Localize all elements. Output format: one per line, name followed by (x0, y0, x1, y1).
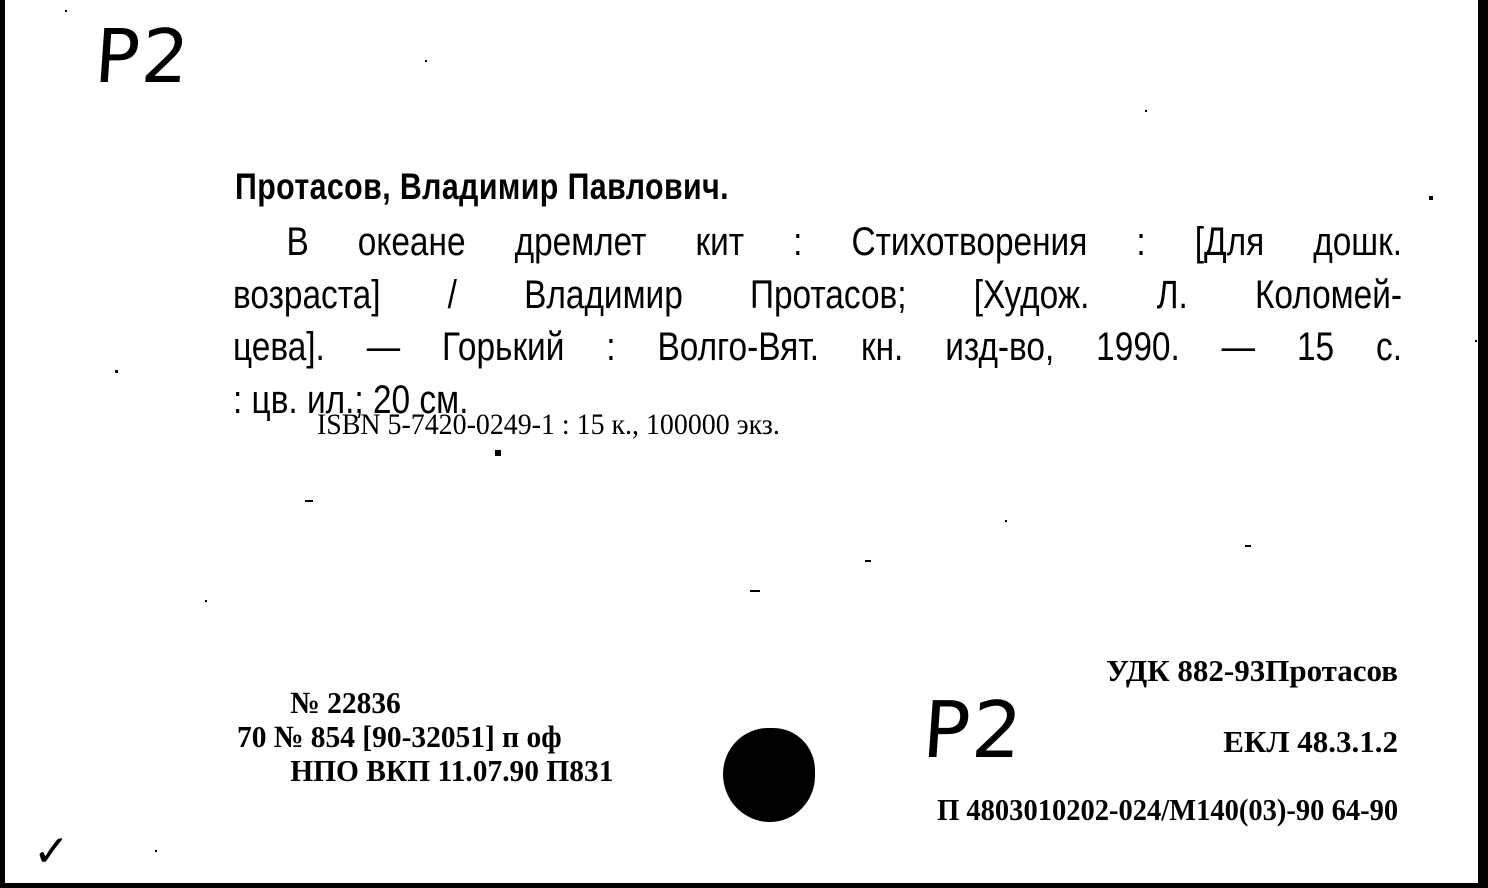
catalog-code: П 4803010202-024/М140(03)-90 64-90 (937, 792, 1398, 828)
checkmark-icon: ✓ (33, 826, 70, 877)
author-heading: Протасов, Владимир Павлович. (235, 166, 729, 208)
scan-speck (155, 850, 157, 852)
scan-speck (865, 560, 871, 562)
scan-speck (205, 600, 207, 602)
printer-info: НПО ВКП 11.07.90 П831 (237, 754, 613, 788)
isbn-line: ISBN 5-7420-0249-1 : 15 к., 100000 экз. (317, 408, 780, 442)
scan-speck (1145, 110, 1147, 112)
scan-speck (750, 590, 760, 592)
scan-speck (115, 370, 118, 373)
handwritten-mark-top: P2 (92, 14, 194, 100)
scan-speck (425, 60, 427, 62)
scan-speck (1005, 520, 1007, 522)
print-info: 70 № 854 [90-32051] п оф (237, 720, 613, 754)
scan-speck (1245, 545, 1251, 547)
scan-speck (495, 450, 501, 456)
scan-speck (1429, 196, 1433, 200)
udk-classification: УДК 882-93Протасов (1106, 653, 1398, 689)
description-line: В океане дремлет кит : Стихотворения : [… (233, 216, 1402, 269)
ekl-classification: ЕКЛ 48.3.1.2 (1223, 724, 1398, 760)
ink-blot (723, 728, 815, 822)
print-details: № 22836 70 № 854 [90-32051] п оф НПО ВКП… (237, 686, 613, 788)
scan-speck (65, 10, 67, 12)
bibliographic-description: В океане дремлет кит : Стихотворения : [… (233, 216, 1402, 426)
order-number: № 22836 (237, 686, 613, 720)
scan-speck (305, 500, 313, 502)
scan-speck (1475, 340, 1477, 342)
description-line: цева]. — Горький : Волго-Вят. кн. изд-во… (233, 321, 1402, 374)
description-line: возраста] / Владимир Протасов; [Худож. Л… (233, 269, 1402, 322)
handwritten-mark-bottom: P2 (920, 686, 1027, 776)
catalog-card: P2 Протасов, Владимир Павлович. В океане… (0, 0, 1488, 888)
